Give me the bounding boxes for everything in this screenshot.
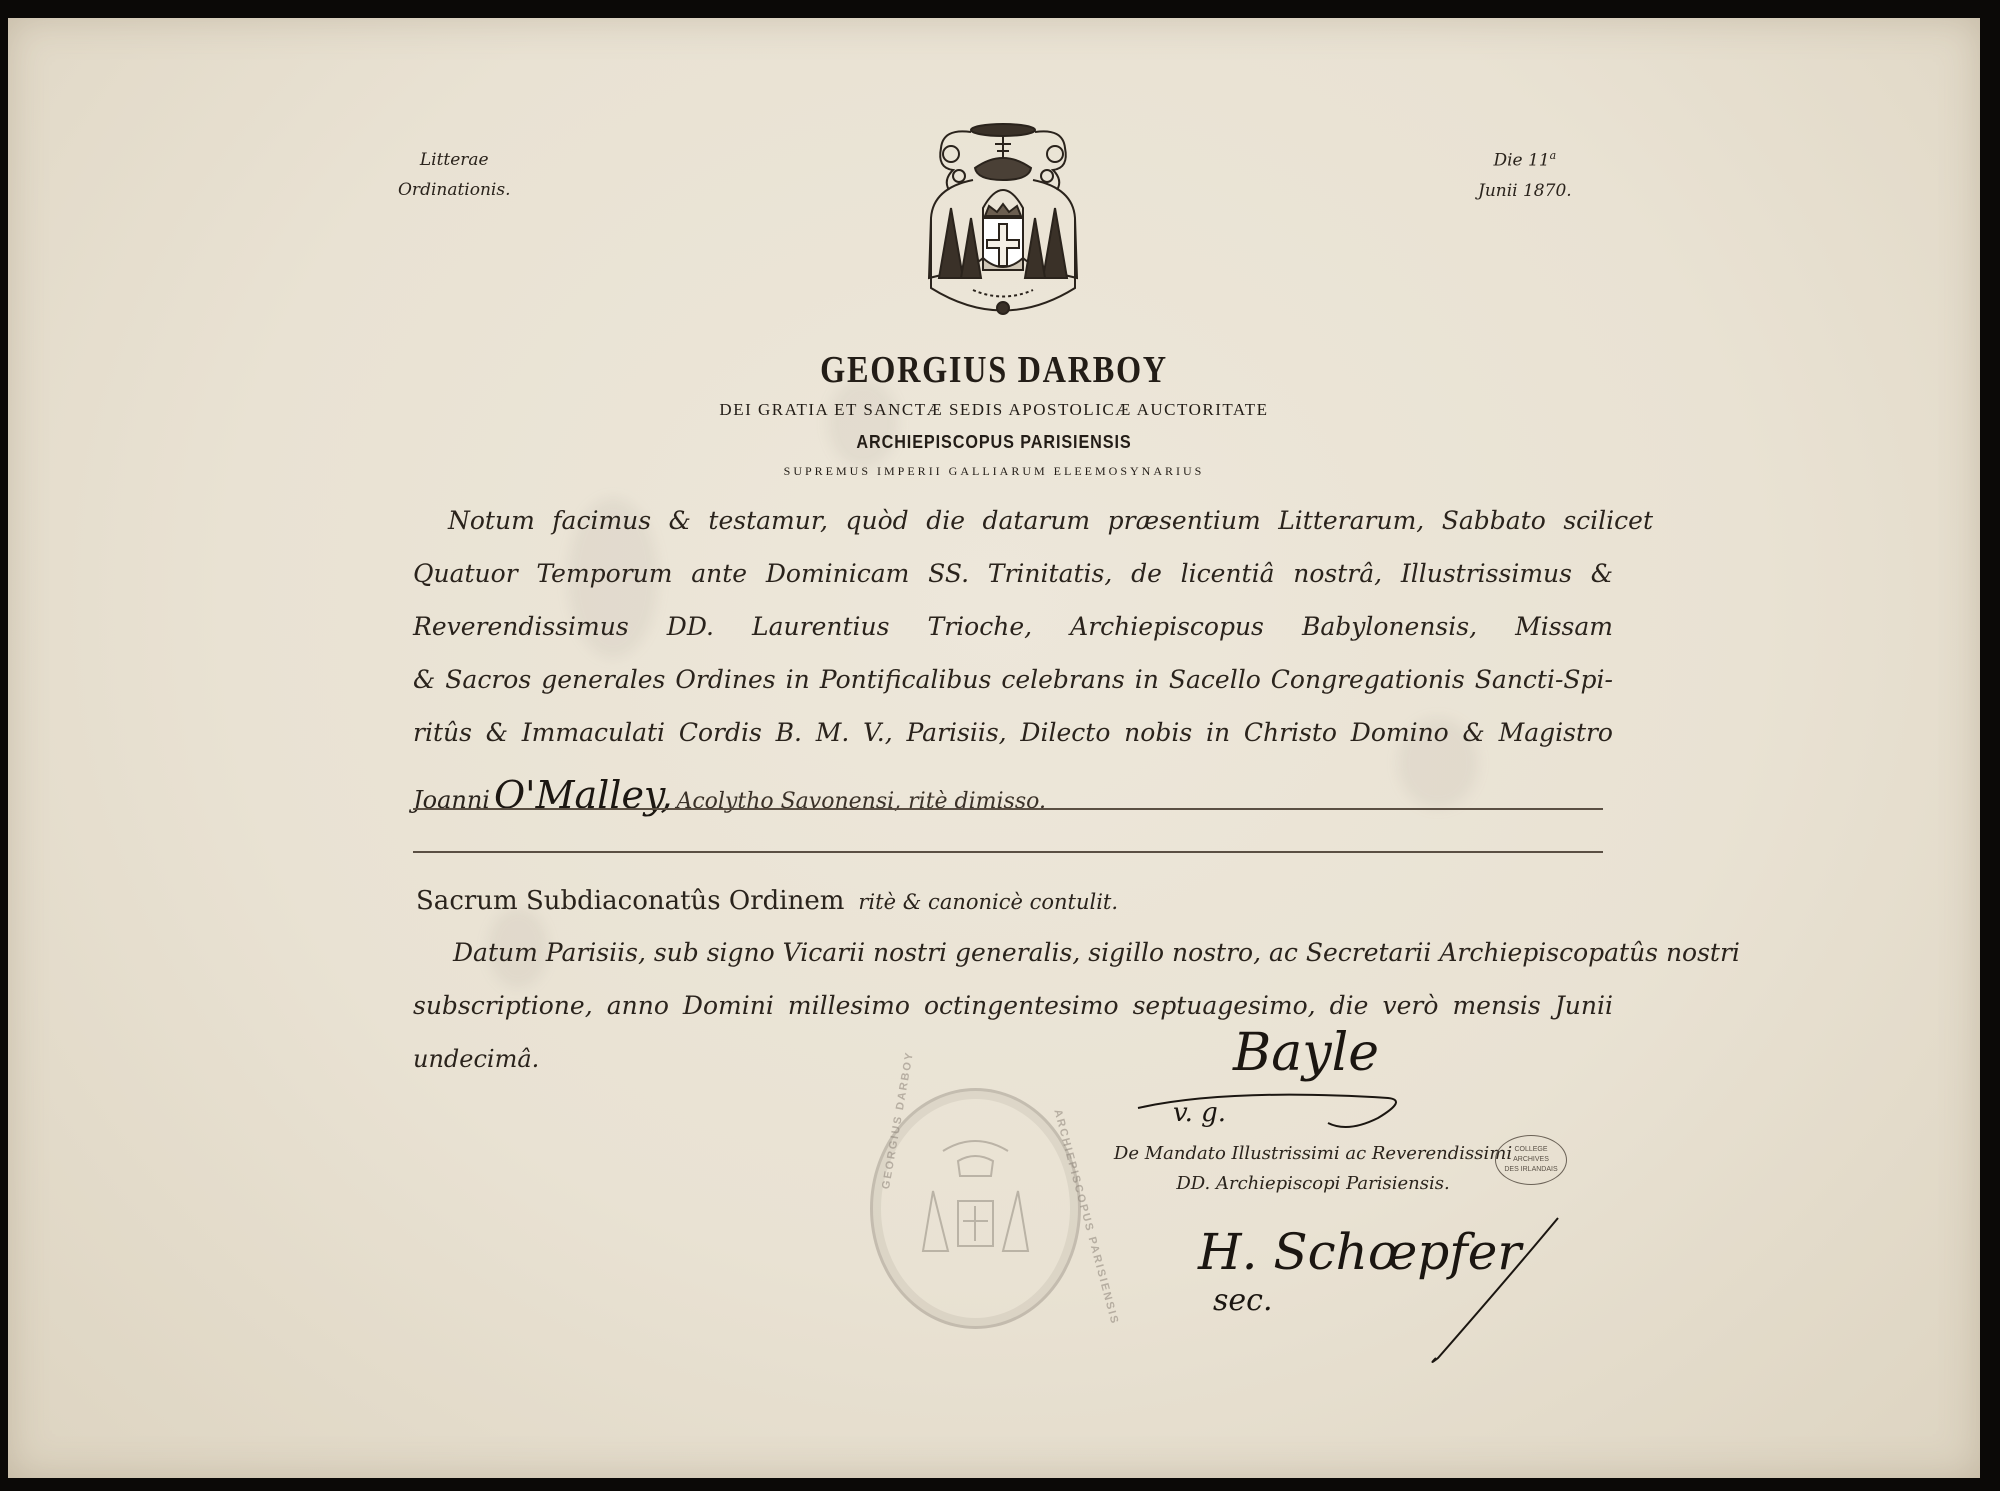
date-day: Die 11 (1493, 151, 1549, 171)
recipient-name: O'Malley, (494, 773, 672, 817)
datum-line-3: undecimâ. (413, 1045, 539, 1073)
body-line-5: ritûs & Immaculati Cordis B. M. V., Pari… (413, 718, 1613, 747)
issuer-authority: DEI GRATIA ET SANCTÆ SEDIS APOSTOLICÆ AU… (8, 400, 1980, 420)
signature-stroke (1408, 1208, 1568, 1368)
ordinationis-text: Ordinationis. (398, 175, 510, 205)
stamp-irlandais: DES IRLANDAIS (1504, 1165, 1557, 1175)
seal-arms-icon (913, 1131, 1038, 1281)
stamp-college: COLLEGE (1514, 1145, 1547, 1155)
document-type-label: Litterae Ordinationis. (398, 145, 510, 205)
body-line-2: Quatuor Temporum ante Dominicam SS. Trin… (413, 559, 1613, 588)
archiepiscopal-coat-of-arms-icon (913, 118, 1093, 333)
body-line-3: Reverendissimus DD. Laurentius Trioche, … (413, 612, 1613, 641)
recipient-line: Joanni O'Malley, Acolytho Savonensi, rit… (413, 773, 1046, 817)
issuer-title: ARCHIEPISCOPUS PARISIENSIS (107, 432, 1882, 453)
issuer-office: SUPREMUS IMPERII GALLIARUM ELEEMOSYNARIU… (8, 464, 1980, 479)
stamp-archives: ARCHIVES (1513, 1155, 1549, 1165)
order-name: Sacrum Subdiaconatûs Ordinem (416, 886, 844, 916)
body-line-1: Notum facimus & testamur, quòd die datar… (448, 506, 1653, 535)
recipient-underline (413, 808, 1603, 810)
certificate-page: Litterae Ordinationis. Die 11a Junii 187… (8, 18, 1980, 1478)
datum-line-2: subscriptione, anno Domini millesimo oct… (413, 991, 1613, 1020)
datum-line-1: Datum Parisiis, sub signo Vicarii nostri… (453, 938, 1613, 967)
mandate-line-1: De Mandato Illustrissimi ac Reverendissi… (1113, 1143, 1513, 1164)
order-line: Sacrum Subdiaconatûs Ordinem ritè & cano… (416, 886, 1118, 916)
issuer-name: GEORGIUS DARBOY (156, 348, 1832, 392)
blank-line-rule (413, 851, 1603, 853)
mandate-line-2: DD. Archiepiscopi Parisiensis. (1113, 1173, 1513, 1194)
recipient-detail: Acolytho Savonensi, ritè dimisso. (676, 789, 1046, 814)
archive-stamp: COLLEGE ARCHIVES DES IRLANDAIS (1495, 1135, 1567, 1185)
vicar-title: v. g. (1173, 1098, 1226, 1128)
signature-flourish (1128, 1078, 1408, 1138)
vicar-signature: Bayle (1233, 1023, 1379, 1083)
litterae-text: Litterae (398, 145, 510, 175)
document-date: Die 11a Junii 1870. (1478, 141, 1572, 206)
body-line-4: & Sacros generales Ordines in Pontifical… (413, 665, 1613, 694)
date-month-year: Junii 1870. (1478, 176, 1572, 206)
date-day-suffix: a (1550, 149, 1557, 162)
order-suffix: ritè & canonicè contulit. (858, 890, 1118, 914)
secretary-title: sec. (1213, 1283, 1273, 1318)
